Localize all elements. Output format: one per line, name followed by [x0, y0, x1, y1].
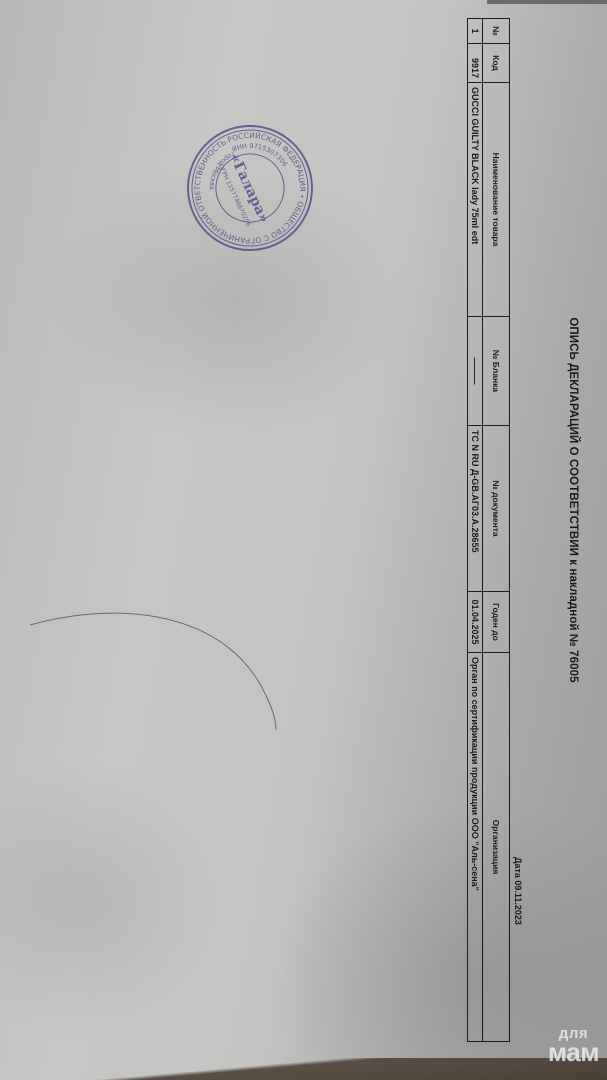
hair-strand [0, 0, 607, 1080]
watermark-line2: мам [548, 1041, 599, 1064]
table-surface [0, 1058, 607, 1080]
watermark-logo: для мам [548, 1027, 599, 1064]
